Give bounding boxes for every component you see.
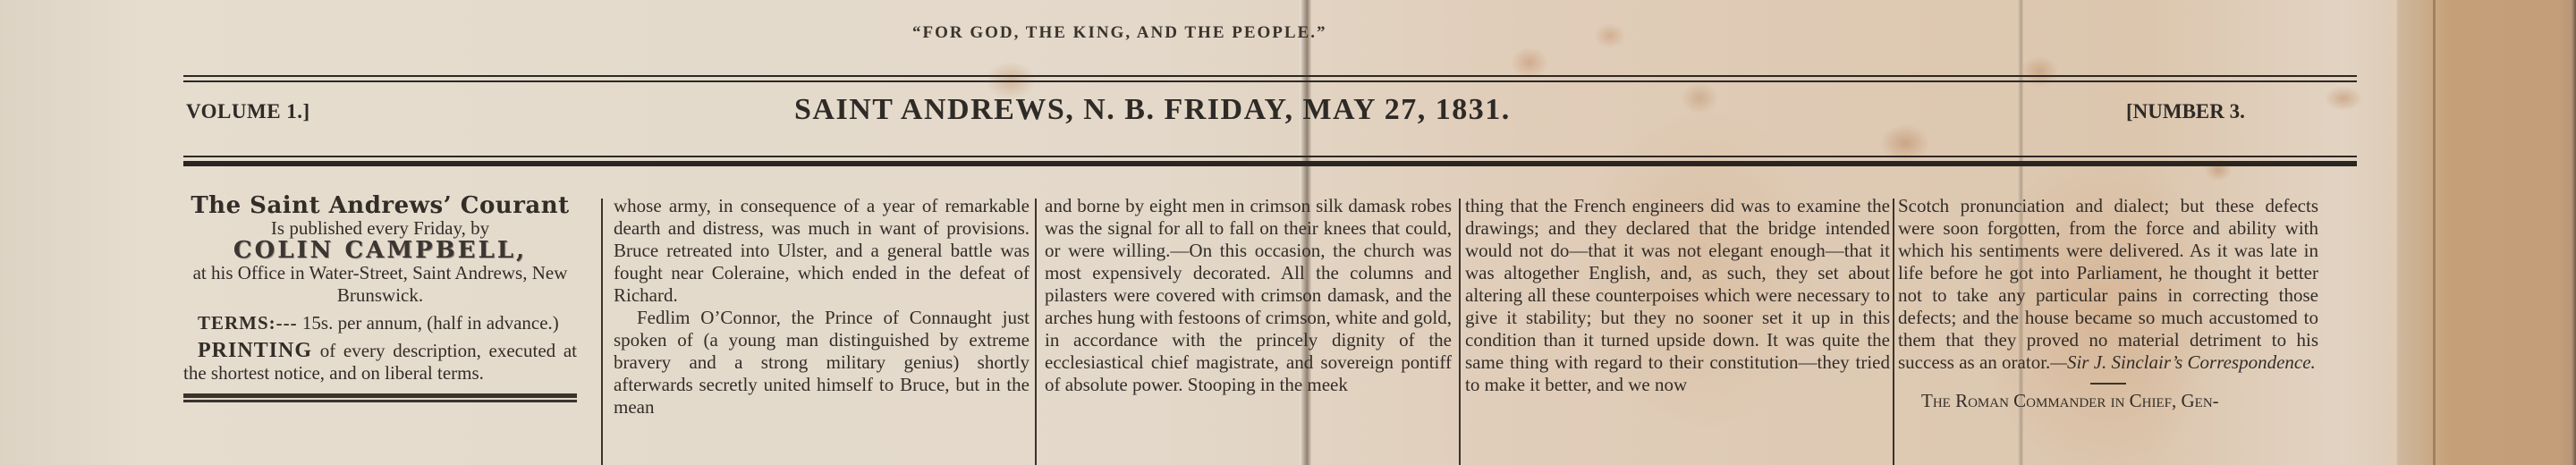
printing-notice: PRINTING of every description, executed …	[183, 340, 577, 385]
article-column-3: and borne by eight men in crimson silk d…	[1045, 195, 1452, 465]
article-column-5: Scotch pronunciation and dialect; but th…	[1898, 195, 2318, 465]
article-column-4: thing that the French engineers did was …	[1465, 195, 1890, 465]
paragraph: and borne by eight men in crimson silk d…	[1045, 195, 1452, 396]
paragraph: Scotch pronunciation and dialect; but th…	[1898, 195, 2318, 373]
volume-label: VOLUME 1.]	[186, 100, 310, 123]
masthead-top-rule-2	[183, 80, 2357, 82]
masthead-bottom-thick-rule	[183, 161, 2357, 166]
colophon-column: The Saint Andrews’ Courant Is published …	[183, 195, 577, 465]
column-divider	[1035, 199, 1037, 465]
paragraph: whose army, in consequence of a year of …	[614, 195, 1030, 307]
binding-board	[2397, 0, 2576, 465]
masthead-motto: “FOR GOD, THE KING, AND THE PEOPLE.”	[912, 23, 1628, 43]
paragraph: Fedlim O’Connor, the Prince of Connaught…	[614, 307, 1030, 418]
publisher-name: COLIN CAMPBELL,	[183, 240, 577, 262]
column-divider	[601, 199, 603, 465]
article-separator	[2090, 383, 2126, 385]
terms-label: TERMS:---	[198, 312, 298, 334]
terms-text: 15s. per annum, (half in advance.)	[302, 312, 559, 334]
printing-label: PRINTING	[198, 339, 312, 362]
article-column-2: whose army, in consequence of a year of …	[614, 195, 1030, 465]
office-address: at his Office in Water-Street, Saint And…	[183, 262, 577, 307]
column-divider	[1459, 199, 1461, 465]
column-divider	[1893, 199, 1894, 465]
colophon-end-rule	[183, 393, 577, 400]
article-signature: —Sir J. Sinclair’s Correspondence.	[2050, 351, 2316, 373]
masthead-top-rule	[183, 75, 2357, 77]
paragraph: thing that the French engineers did was …	[1465, 195, 1890, 396]
masthead-bottom-rule	[183, 156, 2357, 157]
terms-notice: TERMS:--- 15s. per annum, (half in advan…	[183, 312, 577, 334]
dateline-title: SAINT ANDREWS, N. B. FRIDAY, MAY 27, 183…	[794, 93, 1511, 127]
binding-edge	[2433, 0, 2436, 465]
issue-number: [NUMBER 3.	[2126, 100, 2245, 123]
next-article-heading: The Roman Commander in Chief, Gen-	[1898, 390, 2318, 412]
paper-name: The Saint Andrews’ Courant	[183, 195, 577, 217]
